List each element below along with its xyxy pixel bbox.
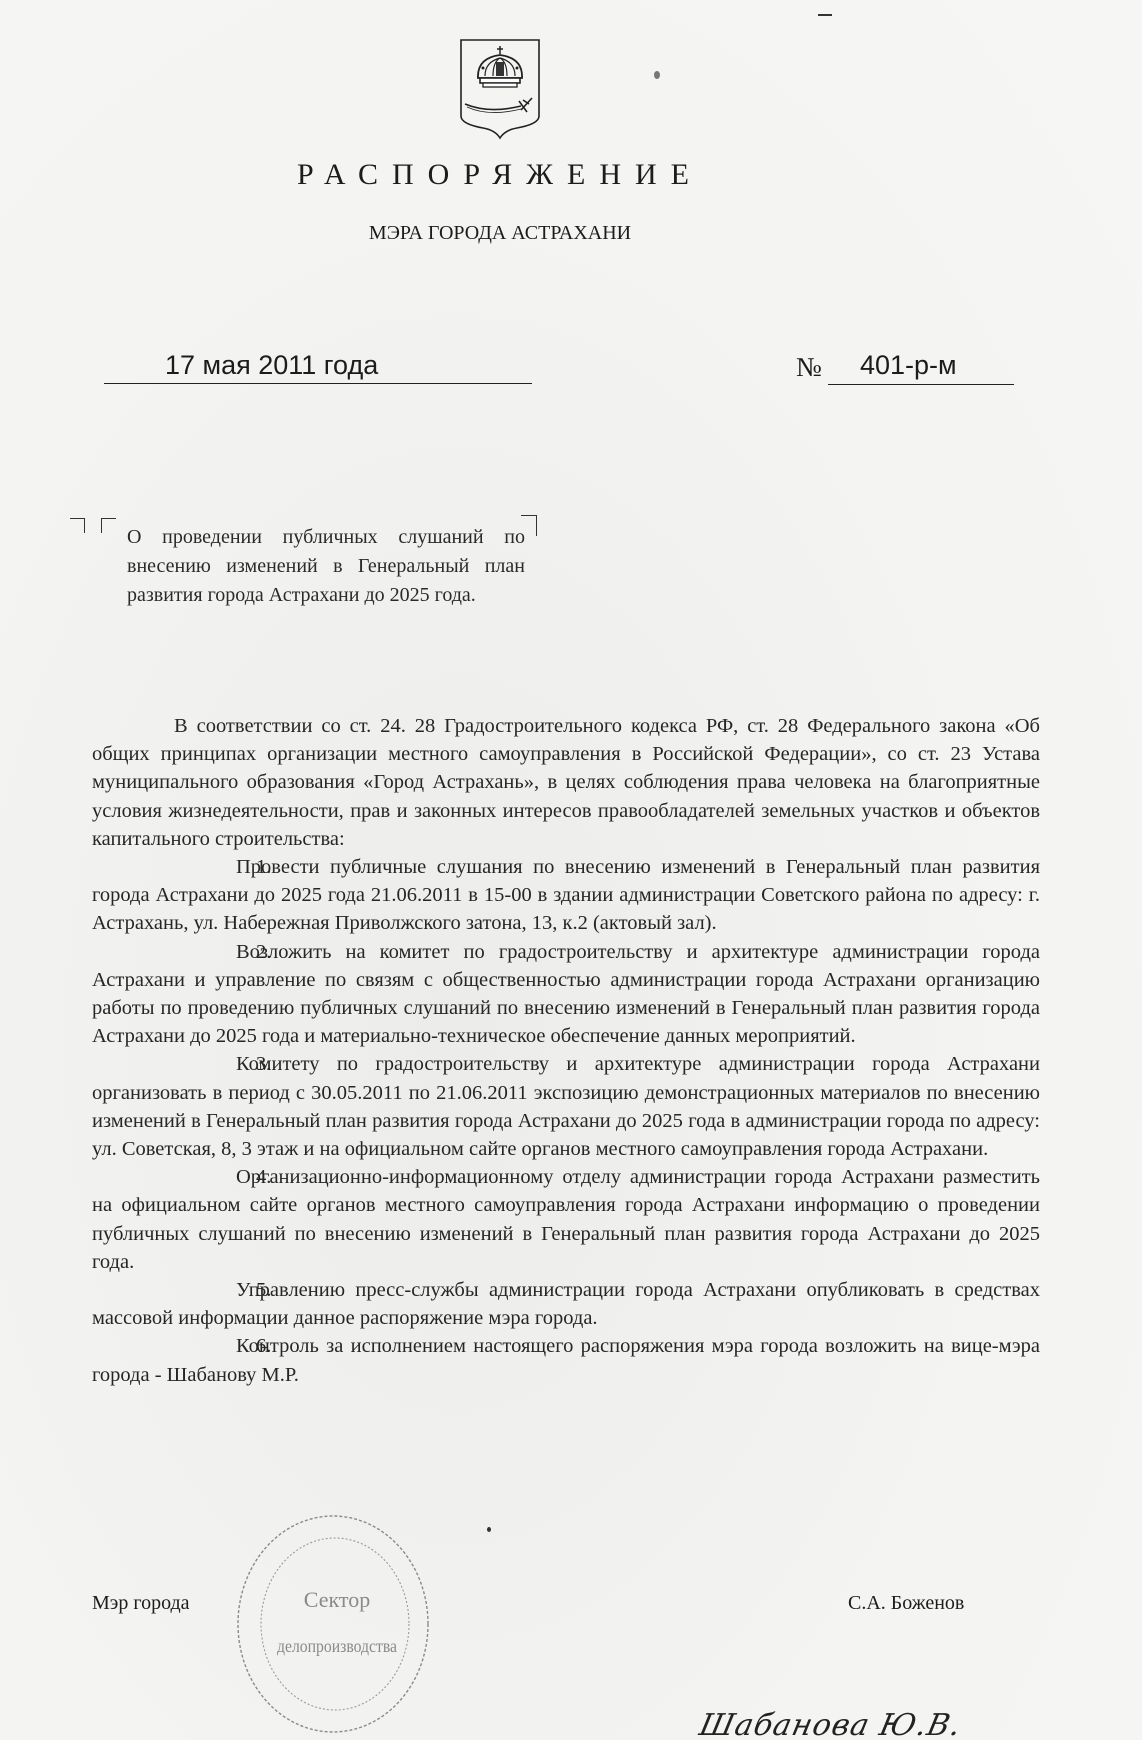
item-number: 5.: [174, 1276, 236, 1304]
document-body: В соответствии со ст. 24. 28 Градостроит…: [92, 712, 1040, 1389]
scan-speck: [818, 14, 832, 16]
office-stamp: Сектор делопроизводства: [233, 1512, 433, 1737]
signature-title: Мэр города: [92, 1592, 190, 1615]
list-item: 5.Управлению пресс-службы администрации …: [92, 1276, 1040, 1332]
document-number: 401-р-м: [860, 350, 957, 381]
item-number: 4.: [174, 1163, 236, 1191]
bracket-corner-left-outer: [70, 518, 85, 533]
list-item: 4.Организационно-информационному отделу …: [92, 1163, 1040, 1276]
list-item: 3.Комитету по градостроительству и архит…: [92, 1050, 1040, 1163]
coat-of-arms-icon: [459, 38, 541, 140]
document-subject: О проведении публичных слушаний по внесе…: [127, 523, 525, 610]
document-page: РАСПОРЯЖЕНИЕ МЭРА ГОРОДА АСТРАХАНИ 17 ма…: [0, 0, 1142, 1740]
signatory-name: С.А. Боженов: [848, 1592, 964, 1615]
item-number: 3.: [174, 1050, 236, 1078]
list-item: 2.Возложить на комитет по градостроитель…: [92, 938, 1040, 1051]
item-number: 6.: [174, 1332, 236, 1360]
scan-speck: [487, 1527, 491, 1532]
document-title: РАСПОРЯЖЕНИЕ: [0, 158, 1000, 192]
document-subtitle: МЭРА ГОРОДА АСТРАХАНИ: [0, 222, 1000, 245]
stamp-line-2: делопроизводства: [277, 1636, 397, 1656]
number-underline: [828, 384, 1014, 385]
date-underline: [104, 383, 532, 384]
bracket-corner-left-inner: [101, 518, 116, 533]
item-number: 2.: [174, 938, 236, 966]
list-item: 6.Контроль за исполнением настоящего рас…: [92, 1332, 1040, 1388]
item-number: 1.: [174, 853, 236, 881]
number-sign: №: [796, 352, 822, 383]
list-item: 1.Провести публичные слушания по внесени…: [92, 853, 1040, 938]
preamble-paragraph: В соответствии со ст. 24. 28 Градостроит…: [92, 712, 1040, 853]
handwritten-note: Шабанова Ю.В.: [696, 1708, 964, 1740]
scan-speck: [654, 71, 660, 79]
document-date: 17 мая 2011 года: [165, 350, 378, 381]
stamp-line-1: Сектор: [304, 1587, 370, 1612]
